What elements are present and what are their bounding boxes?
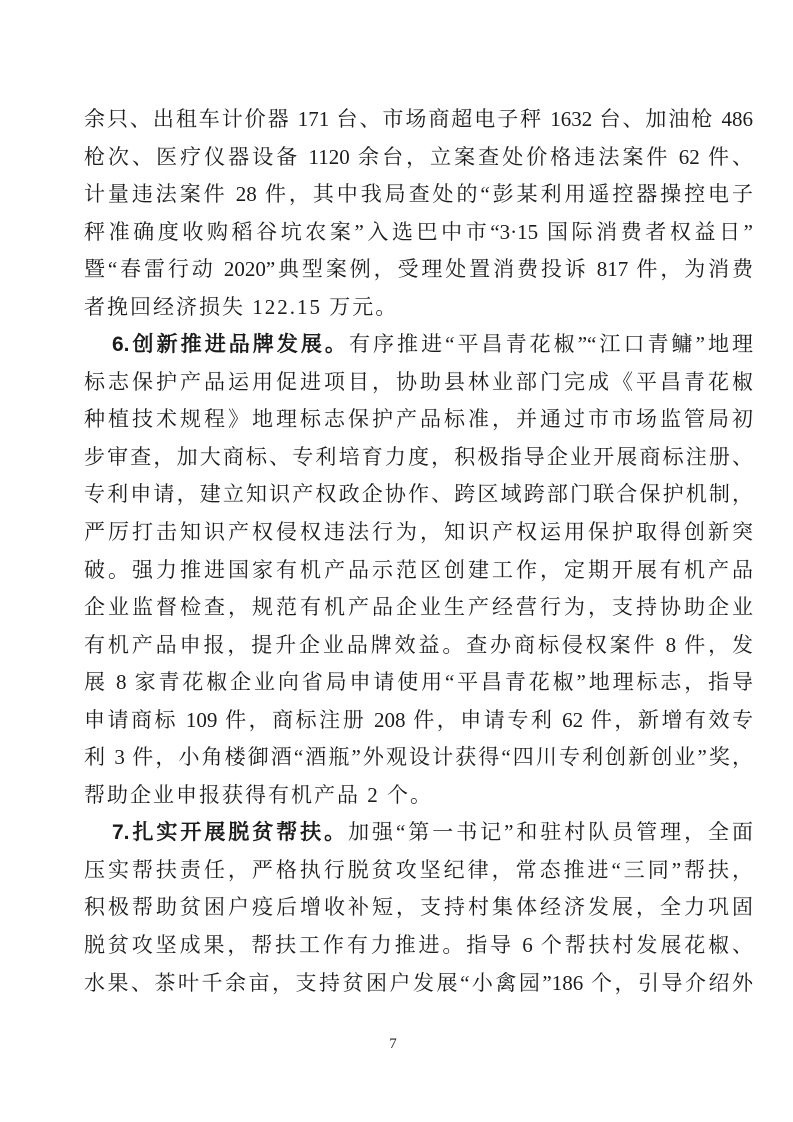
line-text: 有机产品申报，提升企业品牌效益。查办商标侵权案件 8 件，发 xyxy=(84,633,753,657)
text-line: 步审查，加大商标、专利培育力度，积极指导企业开展商标注册、 xyxy=(84,439,753,477)
line-text: 标志保护产品运用促进项目，协助县林业部门完成《平昌青花椒 xyxy=(84,370,753,394)
text-line: 者挽回经济损失 122.15 万元。 xyxy=(84,289,753,327)
line-text: 申请商标 109 件，商标注册 208 件，申请专利 62 件，新增有效专 xyxy=(84,708,753,732)
text-line: 展 8 家青花椒企业向省局申请使用“平昌青花椒”地理标志，指导 xyxy=(84,664,753,702)
line-text: 暨“春雷行动 2020”典型案例，受理处置消费投诉 817 件，为消费 xyxy=(84,257,753,281)
line-text: 展 8 家青花椒企业向省局申请使用“平昌青花椒”地理标志，指导 xyxy=(84,670,753,694)
text-block: 余只、出租车计价器 171 台、市场商超电子秤 1632 台、加油枪 486枪次… xyxy=(84,101,753,1002)
line-text: 压实帮扶责任，严格执行脱贫攻坚纪律，常态推进“三同”帮扶， xyxy=(84,858,753,882)
line-text: 余只、出租车计价器 171 台、市场商超电子秤 1632 台、加油枪 486 xyxy=(84,107,753,131)
text-line: 严厉打击知识产权侵权违法行为，知识产权运用保护取得创新突 xyxy=(84,514,753,552)
line-text: 种植技术规程》地理标志保护产品标准，并通过市市场监管局初 xyxy=(84,407,753,431)
line-text: 专利申请，建立知识产权政企协作、跨区域跨部门联合保护机制， xyxy=(84,482,753,506)
text-line: 秤准确度收购稻谷坑农案”入选巴中市“3·15 国际消费者权益日” xyxy=(84,214,753,252)
section-heading: 7.扎实开展脱贫帮扶。 xyxy=(112,821,348,844)
text-line: 利 3 件，小角楼御酒“酒瓶”外观设计获得“四川专利创新创业”奖， xyxy=(84,739,753,777)
line-text: 有序推进“平昌青花椒”“江口青鳙”地理 xyxy=(349,332,753,356)
text-line: 种植技术规程》地理标志保护产品标准，并通过市市场监管局初 xyxy=(84,401,753,439)
section-heading: 6.创新推进品牌发展。 xyxy=(112,333,349,356)
text-line: 帮助企业申报获得有机产品 2 个。 xyxy=(84,777,753,815)
page-number: 7 xyxy=(0,1036,786,1053)
line-text: 利 3 件，小角楼御酒“酒瓶”外观设计获得“四川专利创新创业”奖， xyxy=(84,745,753,769)
document-page: 余只、出租车计价器 171 台、市场商超电子秤 1632 台、加油枪 486枪次… xyxy=(0,0,793,1122)
line-text: 步审查，加大商标、专利培育力度，积极指导企业开展商标注册、 xyxy=(84,445,753,469)
text-line: 破。强力推进国家有机产品示范区创建工作，定期开展有机产品 xyxy=(84,552,753,590)
line-text: 帮助企业申报获得有机产品 2 个。 xyxy=(84,783,433,807)
text-line: 专利申请，建立知识产权政企协作、跨区域跨部门联合保护机制， xyxy=(84,476,753,514)
text-line: 积极帮助贫困户疫后增收补短，支持村集体经济发展，全力巩固 xyxy=(84,889,753,927)
text-line: 企业监督检查，规范有机产品企业生产经营行为，支持协助企业 xyxy=(84,589,753,627)
text-line: 6.创新推进品牌发展。有序推进“平昌青花椒”“江口青鳙”地理 xyxy=(84,326,753,364)
text-line: 余只、出租车计价器 171 台、市场商超电子秤 1632 台、加油枪 486 xyxy=(84,101,753,139)
line-text: 积极帮助贫困户疫后增收补短，支持村集体经济发展，全力巩固 xyxy=(84,895,753,919)
text-line: 水果、茶叶千余亩，支持贫困户发展“小禽园”186 个，引导介绍外 xyxy=(84,965,753,1003)
line-text: 企业监督检查，规范有机产品企业生产经营行为，支持协助企业 xyxy=(84,595,753,619)
text-line: 压实帮扶责任，严格执行脱贫攻坚纪律，常态推进“三同”帮扶， xyxy=(84,852,753,890)
text-line: 申请商标 109 件，商标注册 208 件，申请专利 62 件，新增有效专 xyxy=(84,702,753,740)
text-line: 脱贫攻坚成果，帮扶工作有力推进。指导 6 个帮扶村发展花椒、 xyxy=(84,927,753,965)
line-text: 严厉打击知识产权侵权违法行为，知识产权运用保护取得创新突 xyxy=(84,520,753,544)
line-text: 秤准确度收购稻谷坑农案”入选巴中市“3·15 国际消费者权益日” xyxy=(84,220,753,244)
line-text: 水果、茶叶千余亩，支持贫困户发展“小禽园”186 个，引导介绍外 xyxy=(84,971,753,995)
line-text: 脱贫攻坚成果，帮扶工作有力推进。指导 6 个帮扶村发展花椒、 xyxy=(84,933,753,957)
line-text: 者挽回经济损失 122.15 万元。 xyxy=(84,295,398,319)
text-line: 暨“春雷行动 2020”典型案例，受理处置消费投诉 817 件，为消费 xyxy=(84,251,753,289)
line-text: 计量违法案件 28 件，其中我局查处的“彭某利用遥控器操控电子 xyxy=(84,182,753,206)
text-line: 枪次、医疗仪器设备 1120 余台，立案查处价格违法案件 62 件、 xyxy=(84,139,753,177)
line-text: 加强“第一书记”和驻村队员管理，全面 xyxy=(348,820,753,844)
text-line: 标志保护产品运用促进项目，协助县林业部门完成《平昌青花椒 xyxy=(84,364,753,402)
text-line: 7.扎实开展脱贫帮扶。加强“第一书记”和驻村队员管理，全面 xyxy=(84,814,753,852)
line-text: 破。强力推进国家有机产品示范区创建工作，定期开展有机产品 xyxy=(84,558,753,582)
text-line: 计量违法案件 28 件，其中我局查处的“彭某利用遥控器操控电子 xyxy=(84,176,753,214)
line-text: 枪次、医疗仪器设备 1120 余台，立案查处价格违法案件 62 件、 xyxy=(84,145,753,169)
text-line: 有机产品申报，提升企业品牌效益。查办商标侵权案件 8 件，发 xyxy=(84,627,753,665)
